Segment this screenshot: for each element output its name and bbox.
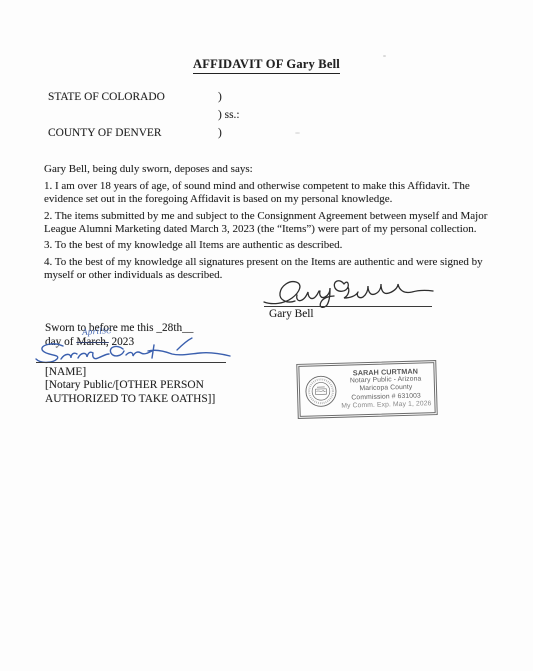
paragraph-line: 2. The items submitted by me and subject… bbox=[44, 210, 514, 223]
paragraph-3: 3. To the best of my knowledge all Items… bbox=[44, 239, 514, 252]
affidavit-document: AFFIDAVIT OF Gary Bell STATE OF COLORADO… bbox=[0, 0, 533, 671]
affidavit-body: Gary Bell, being duly sworn, deposes and… bbox=[44, 163, 514, 286]
notary-name-placeholder: [NAME] bbox=[45, 366, 86, 378]
scan-artifact bbox=[295, 132, 300, 134]
correction-month: April bbox=[82, 326, 103, 337]
paragraph-line: 4. To the best of my knowledge all signa… bbox=[44, 256, 514, 269]
venue-county-paren: ) bbox=[218, 127, 222, 139]
document-title: AFFIDAVIT OF Gary Bell bbox=[193, 57, 340, 74]
notary-stamp: SARAH CURTMAN Notary Public - Arizona Ma… bbox=[296, 360, 437, 419]
handwritten-month-correction: AprilSC bbox=[82, 325, 112, 337]
affiant-printed-name: Gary Bell bbox=[269, 308, 314, 320]
paragraph-2: 2. The items submitted by me and subject… bbox=[44, 210, 514, 236]
notary-signature-line bbox=[36, 362, 226, 363]
gary-bell-signature-icon bbox=[262, 277, 436, 309]
deponent-intro: Gary Bell, being duly sworn, deposes and… bbox=[44, 163, 514, 176]
document-title-row: AFFIDAVIT OF Gary Bell bbox=[0, 55, 533, 74]
venue-ss: ) ss.: bbox=[218, 109, 240, 121]
correction-initials: SC bbox=[102, 326, 112, 336]
affiant-signature-line bbox=[264, 306, 432, 307]
paragraph-line: 3. To the best of my knowledge all Items… bbox=[44, 239, 514, 252]
paragraph-line: evidence set out in the foregoing Affida… bbox=[44, 193, 514, 206]
paragraph-1: 1. I am over 18 years of age, of sound m… bbox=[44, 180, 514, 206]
paragraph-line: League Alumni Marketing dated March 3, 2… bbox=[44, 223, 514, 236]
jurat-sworn-line: Sworn to before me this _28th__ bbox=[45, 322, 193, 334]
venue-state: STATE OF COLORADO bbox=[48, 91, 165, 103]
notary-capacity-line-2: AUTHORIZED TO TAKE OATHS]] bbox=[45, 393, 215, 405]
notary-capacity-line-1: [Notary Public/[OTHER PERSON bbox=[45, 379, 204, 391]
arizona-state-seal-icon bbox=[303, 368, 338, 413]
stamp-expiration: My Comm. Exp. May 1, 2026 bbox=[341, 400, 431, 411]
scan-artifact bbox=[383, 55, 386, 57]
paragraph-line: 1. I am over 18 years of age, of sound m… bbox=[44, 180, 514, 193]
stamp-text-block: SARAH CURTMAN Notary Public - Arizona Ma… bbox=[340, 367, 431, 411]
venue-state-paren: ) bbox=[218, 91, 222, 103]
venue-county: COUNTY OF DENVER bbox=[48, 127, 161, 139]
